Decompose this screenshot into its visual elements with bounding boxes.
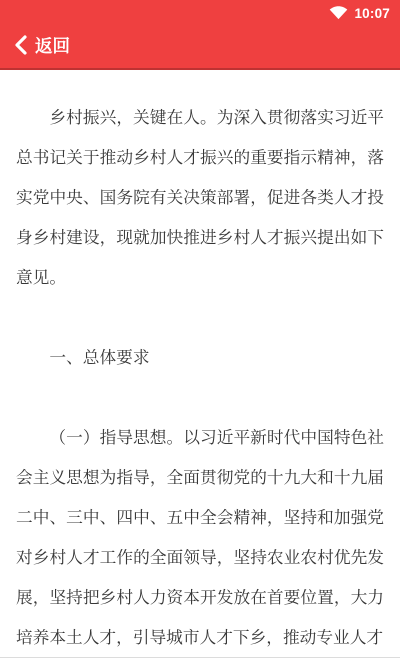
- app-header: 10:07 返回: [0, 0, 400, 70]
- section-heading-overall-requirements: 一、总体要求: [16, 338, 384, 378]
- bottom-divider: [0, 657, 400, 658]
- status-bar: 10:07: [0, 0, 400, 26]
- status-time: 10:07: [354, 6, 390, 21]
- back-button[interactable]: 返回: [14, 33, 70, 58]
- article-body: 乡村振兴，关键在人。为深入贯彻落实习近平总书记关于推动乡村人才振兴的重要指示精神…: [0, 70, 400, 658]
- back-button-label: 返回: [35, 33, 70, 58]
- nav-bar: 返回: [0, 26, 400, 68]
- wifi-icon: [329, 6, 348, 20]
- article-paragraph-guiding-ideology: （一）指导思想。以习近平新时代中国特色社会主义思想为指导，全面贯彻党的十九大和十…: [16, 418, 384, 658]
- chevron-left-icon: [14, 35, 27, 55]
- article-paragraph-intro: 乡村振兴，关键在人。为深入贯彻落实习近平总书记关于推动乡村人才振兴的重要指示精神…: [16, 98, 384, 298]
